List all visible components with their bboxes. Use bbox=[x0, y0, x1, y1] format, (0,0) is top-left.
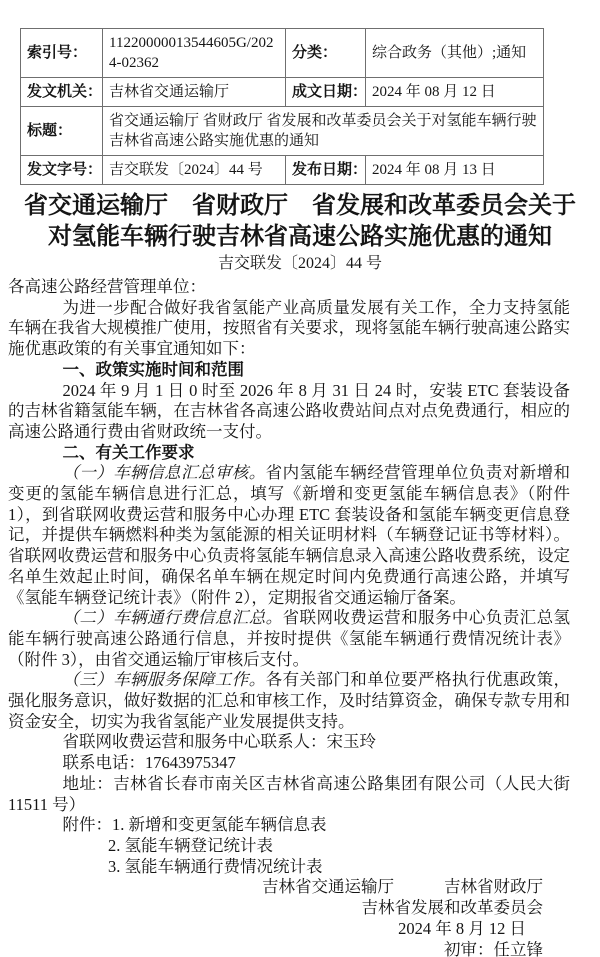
section2-item3: （三）车辆服务保障工作。各有关部门和单位要严格执行优惠政策，强化服务意识，做好数… bbox=[8, 670, 570, 732]
signature-block: 吉林省交通运输厅吉林省财政厅 吉林省发展和改革委员会 2024 年 8 月 12… bbox=[8, 877, 570, 957]
page-title-line2: 对氢能车辆行驶吉林省高速公路实施优惠的通知 bbox=[48, 224, 552, 250]
section2-item2-lead: （二）车辆通行费信息汇总。 bbox=[62, 608, 282, 627]
section2-item1-lead: （一）车辆信息汇总审核。 bbox=[62, 463, 265, 482]
signature-agency-finance: 吉林省财政厅 bbox=[444, 877, 543, 896]
attachments-label: 附件： bbox=[62, 815, 112, 834]
attachment-item-1: 1. 新增和变更氢能车辆信息表 bbox=[112, 815, 327, 834]
contact-phone-line: 联系电话：17643975347 bbox=[8, 753, 570, 774]
doc-number-label: 发文字号： bbox=[21, 156, 103, 185]
page-title-line1: 省交通运输厅 省财政厅 省发展和改革委员会关于 bbox=[24, 193, 576, 219]
attachments-first-line: 附件：1. 新增和变更氢能车辆信息表 bbox=[8, 815, 570, 836]
section2-heading: 二、有关工作要求 bbox=[8, 443, 570, 464]
document-reference-number: 吉交联发〔2024〕44 号 bbox=[0, 255, 600, 273]
address-line: 地址：吉林省长春市南关区吉林省高速公路集团有限公司（人民大街 11511 号） bbox=[8, 774, 570, 815]
document-page: 索引号： 11220000013544605G/2024-02362 分类： 综… bbox=[0, 0, 600, 957]
written-date-value: 2024 年 08 月 12 日 bbox=[366, 78, 544, 107]
document-body: 各高速公路经营管理单位： 为进一步配合做好我省氢能产业高质量发展有关工作，全力支… bbox=[8, 277, 570, 957]
meta-row-number: 发文字号： 吉交联发〔2024〕44 号 发布日期： 2024 年 08 月 1… bbox=[21, 156, 544, 185]
signature-date: 2024 年 8 月 12 日 bbox=[8, 919, 570, 940]
section2-item2: （二）车辆通行费信息汇总。省联网收费运营和服务中心负责汇总氢能车辆行驶高速公路通… bbox=[8, 608, 570, 670]
signature-reviewer: 初审：任立锋 bbox=[8, 940, 570, 957]
meta-row-index: 索引号： 11220000013544605G/2024-02362 分类： 综… bbox=[21, 29, 544, 78]
index-number-label: 索引号： bbox=[21, 29, 103, 78]
attachment-item-2: 2. 氢能车辆登记统计表 bbox=[108, 836, 570, 857]
publish-date-label: 发布日期： bbox=[286, 156, 366, 185]
doc-number-value: 吉交联发〔2024〕44 号 bbox=[103, 156, 286, 185]
meta-row-agency: 发文机关： 吉林省交通运输厅 成文日期： 2024 年 08 月 12 日 bbox=[21, 78, 544, 107]
index-number-value: 11220000013544605G/2024-02362 bbox=[103, 29, 286, 78]
issuing-agency-label: 发文机关： bbox=[21, 78, 103, 107]
meta-row-title: 标题： 省交通运输厅 省财政厅 省发展和改革委员会关于对氢能车辆行驶吉林省高速公… bbox=[21, 107, 544, 156]
doc-title-label: 标题： bbox=[21, 107, 103, 156]
intro-paragraph: 为进一步配合做好我省氢能产业高质量发展有关工作，全力支持氢能车辆在我省大规模推广… bbox=[8, 298, 570, 360]
attachment-item-3: 3. 氢能车辆通行费情况统计表 bbox=[108, 857, 570, 878]
signature-agency-transport: 吉林省交通运输厅 bbox=[262, 877, 394, 896]
section2-item3-lead: （三）车辆服务保障工作。 bbox=[62, 670, 265, 689]
metadata-table: 索引号： 11220000013544605G/2024-02362 分类： 综… bbox=[20, 28, 544, 185]
issuing-agency-value: 吉林省交通运输厅 bbox=[103, 78, 286, 107]
signature-agency-ndrc: 吉林省发展和改革委员会 bbox=[8, 898, 570, 919]
publish-date-value: 2024 年 08 月 13 日 bbox=[366, 156, 544, 185]
page-title: 省交通运输厅 省财政厅 省发展和改革委员会关于 对氢能车辆行驶吉林省高速公路实施… bbox=[0, 191, 600, 253]
section2-item1: （一）车辆信息汇总审核。省内氢能车辆经营管理单位负责对新增和变更的氢能车辆信息进… bbox=[8, 463, 570, 608]
contact-person-line: 省联网收费运营和服务中心联系人：宋玉玲 bbox=[8, 732, 570, 753]
section2-item1-text: 省内氢能车辆经营管理单位负责对新增和变更的氢能车辆信息进行汇总，填写《新增和变更… bbox=[8, 463, 570, 606]
written-date-label: 成文日期： bbox=[286, 78, 366, 107]
salutation: 各高速公路经营管理单位： bbox=[8, 277, 570, 298]
section1-heading: 一、政策实施时间和范围 bbox=[8, 360, 570, 381]
category-value: 综合政务（其他）;通知 bbox=[366, 29, 544, 78]
category-label: 分类： bbox=[286, 29, 366, 78]
doc-title-value: 省交通运输厅 省财政厅 省发展和改革委员会关于对氢能车辆行驶吉林省高速公路实施优… bbox=[103, 107, 544, 156]
signature-line1: 吉林省交通运输厅吉林省财政厅 bbox=[8, 877, 570, 898]
section1-paragraph: 2024 年 9 月 1 日 0 时至 2026 年 8 月 31 日 24 时… bbox=[8, 381, 570, 443]
